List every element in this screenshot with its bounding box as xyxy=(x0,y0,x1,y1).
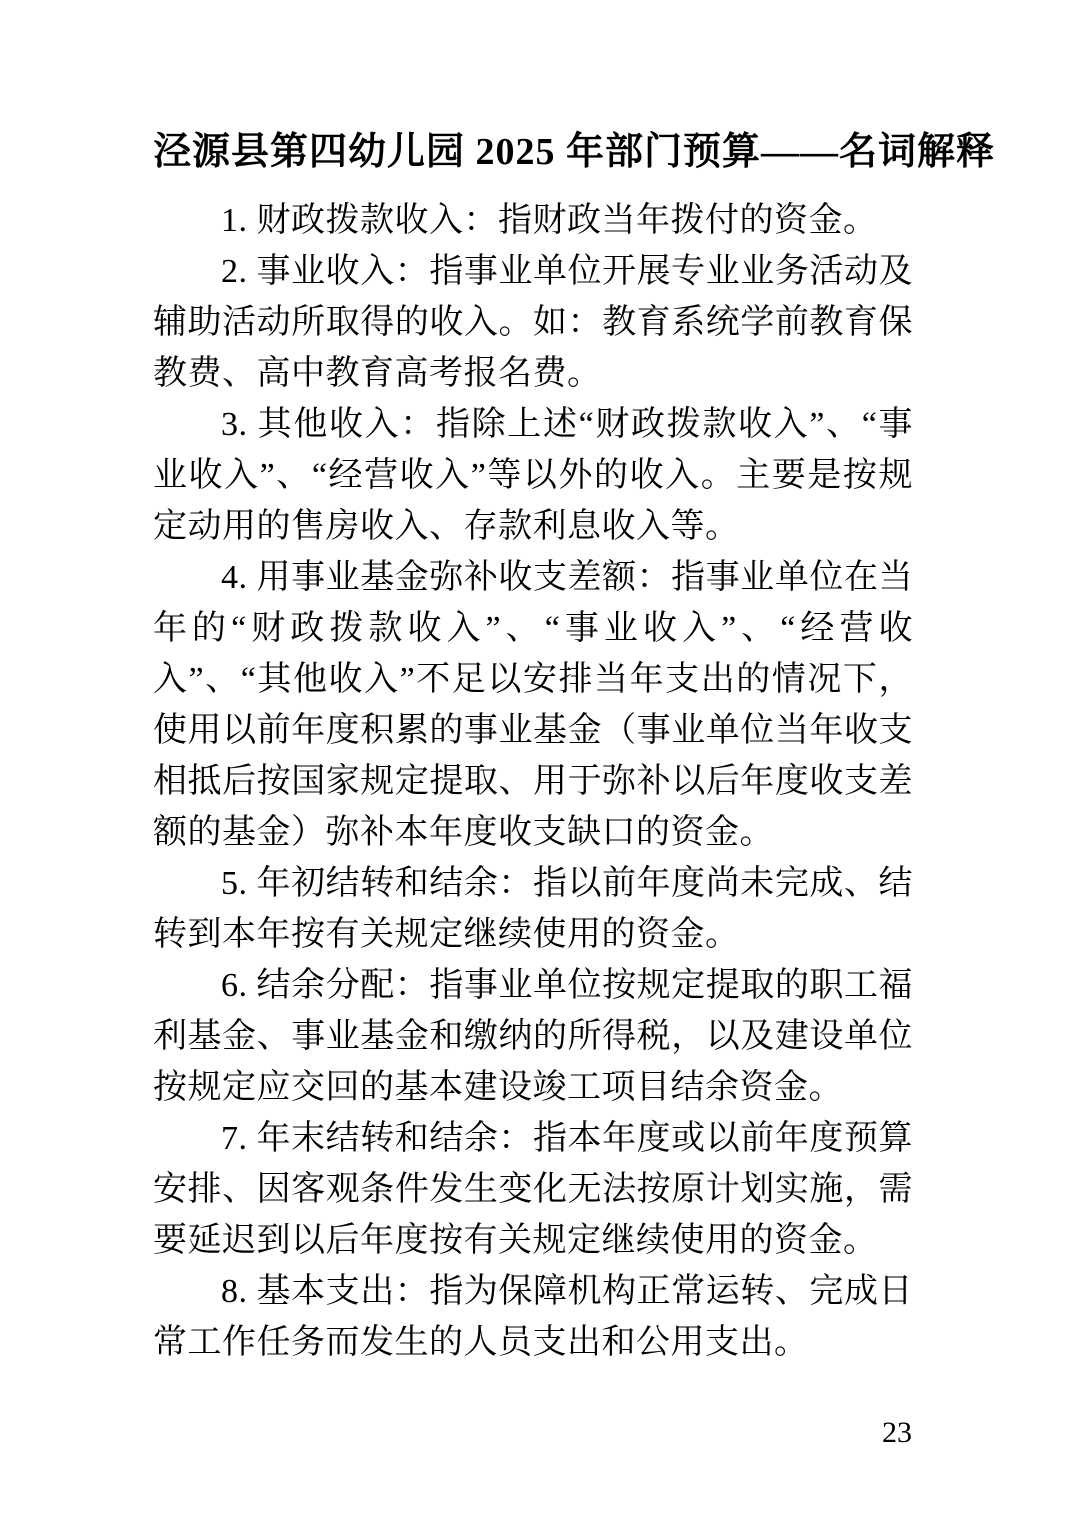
page-number: 23 xyxy=(882,1416,912,1450)
paragraph-operational-income: 2. 事业收入：指事业单位开展专业业务活动及辅助活动所取得的收入。如：教育系统学… xyxy=(153,246,913,399)
paragraph-basic-expenditure: 8. 基本支出：指为保障机构正常运转、完成日常工作任务而发生的人员支出和公用支出… xyxy=(153,1266,913,1368)
document-page: 泾源县第四幼儿园 2025 年部门预算——名词解释 1. 财政拨款收入：指财政当… xyxy=(0,0,1074,1520)
paragraph-balance-distribution: 6. 结余分配：指事业单位按规定提取的职工福利基金、事业基金和缴纳的所得税，以及… xyxy=(153,960,913,1113)
paragraph-fiscal-appropriation-income: 1. 财政拨款收入：指财政当年拨付的资金。 xyxy=(153,195,913,246)
document-title: 泾源县第四幼儿园 2025 年部门预算——名词解释 xyxy=(153,128,913,177)
paragraph-year-end-carryover: 7. 年末结转和结余：指本年度或以前年度预算安排、因客观条件发生变化无法按原计划… xyxy=(153,1113,913,1266)
paragraph-fund-balance-offset: 4. 用事业基金弥补收支差额：指事业单位在当年的“财政拨款收入”、“事业收入”、… xyxy=(153,552,913,858)
paragraph-beginning-year-carryover: 5. 年初结转和结余：指以前年度尚未完成、结转到本年按有关规定继续使用的资金。 xyxy=(153,858,913,960)
paragraph-other-income: 3. 其他收入：指除上述“财政拨款收入”、“事业收入”、“经营收入”等以外的收入… xyxy=(153,399,913,552)
document-content: 泾源县第四幼儿园 2025 年部门预算——名词解释 1. 财政拨款收入：指财政当… xyxy=(153,128,913,1368)
